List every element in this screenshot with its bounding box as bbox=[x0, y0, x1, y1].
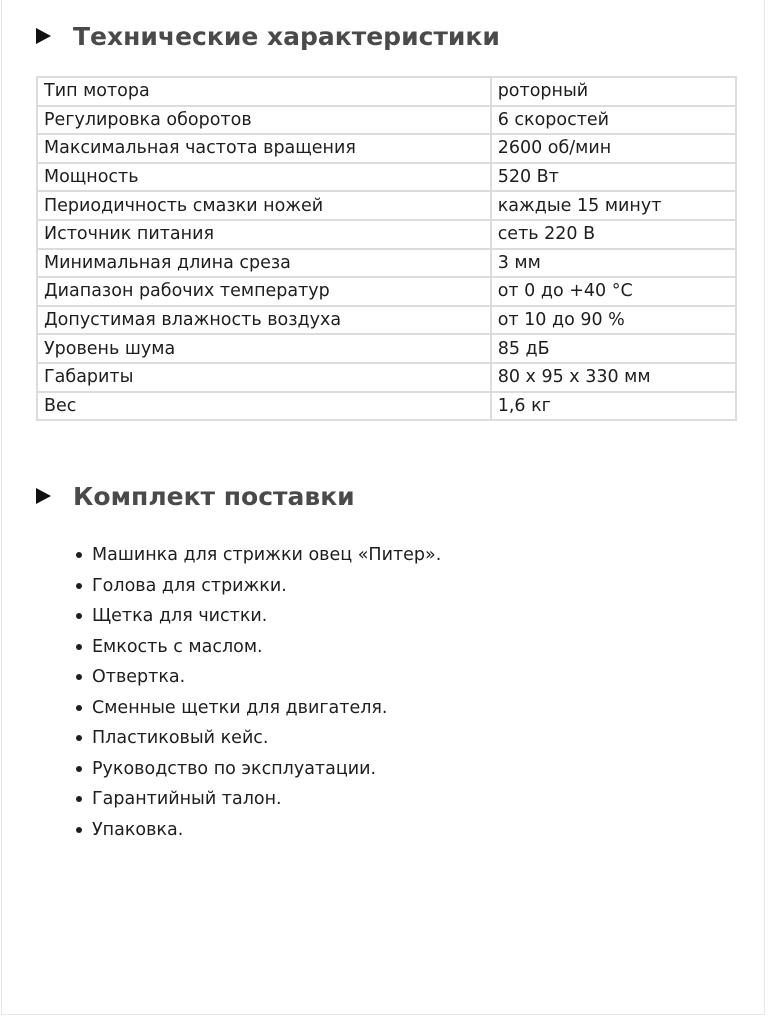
list-item-text: Емкость с маслом. bbox=[92, 632, 263, 663]
list-item: Голова для стрижки. bbox=[74, 571, 441, 602]
bullet-icon bbox=[76, 796, 82, 802]
spec-param: Вес bbox=[37, 392, 491, 421]
table-row: Регулировка оборотов6 скоростей bbox=[37, 106, 736, 135]
table-row: Габариты80 х 95 х 330 мм bbox=[37, 363, 736, 392]
bullet-icon bbox=[76, 552, 82, 558]
list-item-text: Гарантийный талон. bbox=[92, 784, 282, 815]
spec-value: 6 скоростей bbox=[491, 106, 736, 135]
table-row: Диапазон рабочих температурот 0 до +40 °… bbox=[37, 277, 736, 306]
list-item-text: Руководство по эксплуатации. bbox=[92, 754, 376, 785]
spec-value: от 0 до +40 °С bbox=[491, 277, 736, 306]
kit-list: Машинка для стрижки овец «Питер».Голова … bbox=[74, 540, 441, 845]
kit-title: Комплект поставки bbox=[73, 482, 355, 511]
spec-param: Уровень шума bbox=[37, 334, 491, 363]
spec-value: роторный bbox=[491, 77, 736, 106]
spec-value: сеть 220 В bbox=[491, 220, 736, 249]
spec-value: 85 дБ bbox=[491, 334, 736, 363]
bullet-icon bbox=[76, 705, 82, 711]
spec-value: 1,6 кг bbox=[491, 392, 736, 421]
specs-table: Тип моторароторныйРегулировка оборотов6 … bbox=[36, 76, 737, 421]
spec-param: Источник питания bbox=[37, 220, 491, 249]
list-item: Руководство по эксплуатации. bbox=[74, 754, 441, 785]
spec-param: Тип мотора bbox=[37, 77, 491, 106]
bullet-icon bbox=[76, 644, 82, 650]
spec-param: Периодичность смазки ножей bbox=[37, 191, 491, 220]
spec-value: 80 х 95 х 330 мм bbox=[491, 363, 736, 392]
spec-param: Максимальная частота вращения bbox=[37, 134, 491, 163]
table-row: Уровень шума85 дБ bbox=[37, 334, 736, 363]
table-row: Тип моторароторный bbox=[37, 77, 736, 106]
spec-value: 520 Вт bbox=[491, 163, 736, 192]
list-item: Емкость с маслом. bbox=[74, 632, 441, 663]
list-item-text: Щетка для чистки. bbox=[92, 601, 267, 632]
specs-heading: Технические характеристики bbox=[36, 16, 500, 56]
table-row: Источник питаниясеть 220 В bbox=[37, 220, 736, 249]
table-row: Допустимая влажность воздухаот 10 до 90 … bbox=[37, 306, 736, 335]
spec-param: Регулировка оборотов bbox=[37, 106, 491, 135]
list-item: Пластиковый кейс. bbox=[74, 723, 441, 754]
table-row: Минимальная длина среза3 мм bbox=[37, 249, 736, 278]
table-row: Мощность520 Вт bbox=[37, 163, 736, 192]
list-item: Щетка для чистки. bbox=[74, 601, 441, 632]
spec-value: каждые 15 минут bbox=[491, 191, 736, 220]
list-item-text: Отвертка. bbox=[92, 662, 185, 693]
list-item: Упаковка. bbox=[74, 815, 441, 846]
triangle-right-icon bbox=[36, 488, 51, 504]
list-item: Машинка для стрижки овец «Питер». bbox=[74, 540, 441, 571]
spec-value: 2600 об/мин bbox=[491, 134, 736, 163]
table-row: Максимальная частота вращения2600 об/мин bbox=[37, 134, 736, 163]
bullet-icon bbox=[76, 583, 82, 589]
list-item: Отвертка. bbox=[74, 662, 441, 693]
spec-value: от 10 до 90 % bbox=[491, 306, 736, 335]
list-item-text: Упаковка. bbox=[92, 815, 183, 846]
bullet-icon bbox=[76, 827, 82, 833]
spec-param: Допустимая влажность воздуха bbox=[37, 306, 491, 335]
spec-param: Минимальная длина среза bbox=[37, 249, 491, 278]
bullet-icon bbox=[76, 735, 82, 741]
list-item-text: Сменные щетки для двигателя. bbox=[92, 693, 387, 724]
triangle-right-icon bbox=[36, 28, 51, 44]
bullet-icon bbox=[76, 674, 82, 680]
kit-heading: Комплект поставки bbox=[36, 476, 355, 516]
list-item-text: Машинка для стрижки овец «Питер». bbox=[92, 540, 441, 571]
specs-title: Технические характеристики bbox=[73, 22, 500, 51]
list-item-text: Пластиковый кейс. bbox=[92, 723, 269, 754]
spec-param: Мощность bbox=[37, 163, 491, 192]
table-row: Периодичность смазки ножейкаждые 15 мину… bbox=[37, 191, 736, 220]
list-item: Гарантийный талон. bbox=[74, 784, 441, 815]
spec-param: Диапазон рабочих температур bbox=[37, 277, 491, 306]
list-item: Сменные щетки для двигателя. bbox=[74, 693, 441, 724]
bullet-icon bbox=[76, 766, 82, 772]
spec-param: Габариты bbox=[37, 363, 491, 392]
spec-value: 3 мм bbox=[491, 249, 736, 278]
table-row: Вес1,6 кг bbox=[37, 392, 736, 421]
list-item-text: Голова для стрижки. bbox=[92, 571, 287, 602]
bullet-icon bbox=[76, 613, 82, 619]
